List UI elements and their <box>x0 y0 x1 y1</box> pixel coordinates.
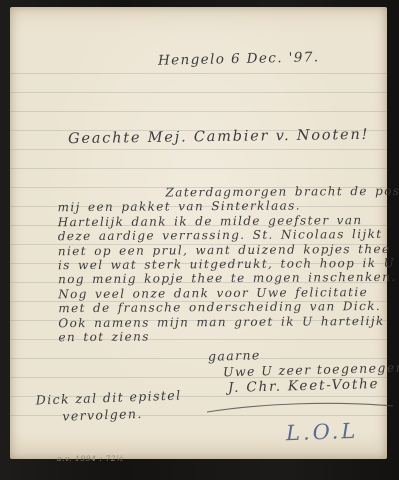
closing-word: gaarne <box>208 347 261 363</box>
body-line: en tot ziens <box>58 328 399 345</box>
body-line: Zaterdagmorgen bracht de post <box>57 184 399 201</box>
signature: J. Chr. Keet-Vothe <box>228 376 380 396</box>
postscript: Dick zal dit epistel vervolgen. <box>35 386 182 425</box>
scan-background: Hengelo 6 Dec. '97. Geachte Mej. Cambier… <box>0 0 399 480</box>
letter-body: Zaterdagmorgen bracht de post mij een pa… <box>57 184 399 345</box>
initials-blue-ink: L.O.L <box>286 419 359 446</box>
archive-pencil-note: a.v. 1994 : 72½ <box>57 454 124 463</box>
body-line: Ook namens mijn man groet ik U hartelijk <box>58 313 399 330</box>
letter-paper: Hengelo 6 Dec. '97. Geachte Mej. Cambier… <box>10 7 387 459</box>
salutation: Geachte Mej. Cambier v. Nooten! <box>68 127 369 147</box>
signature-flourish-line <box>205 397 395 415</box>
dateline: Hengelo 6 Dec. '97. <box>158 49 320 68</box>
